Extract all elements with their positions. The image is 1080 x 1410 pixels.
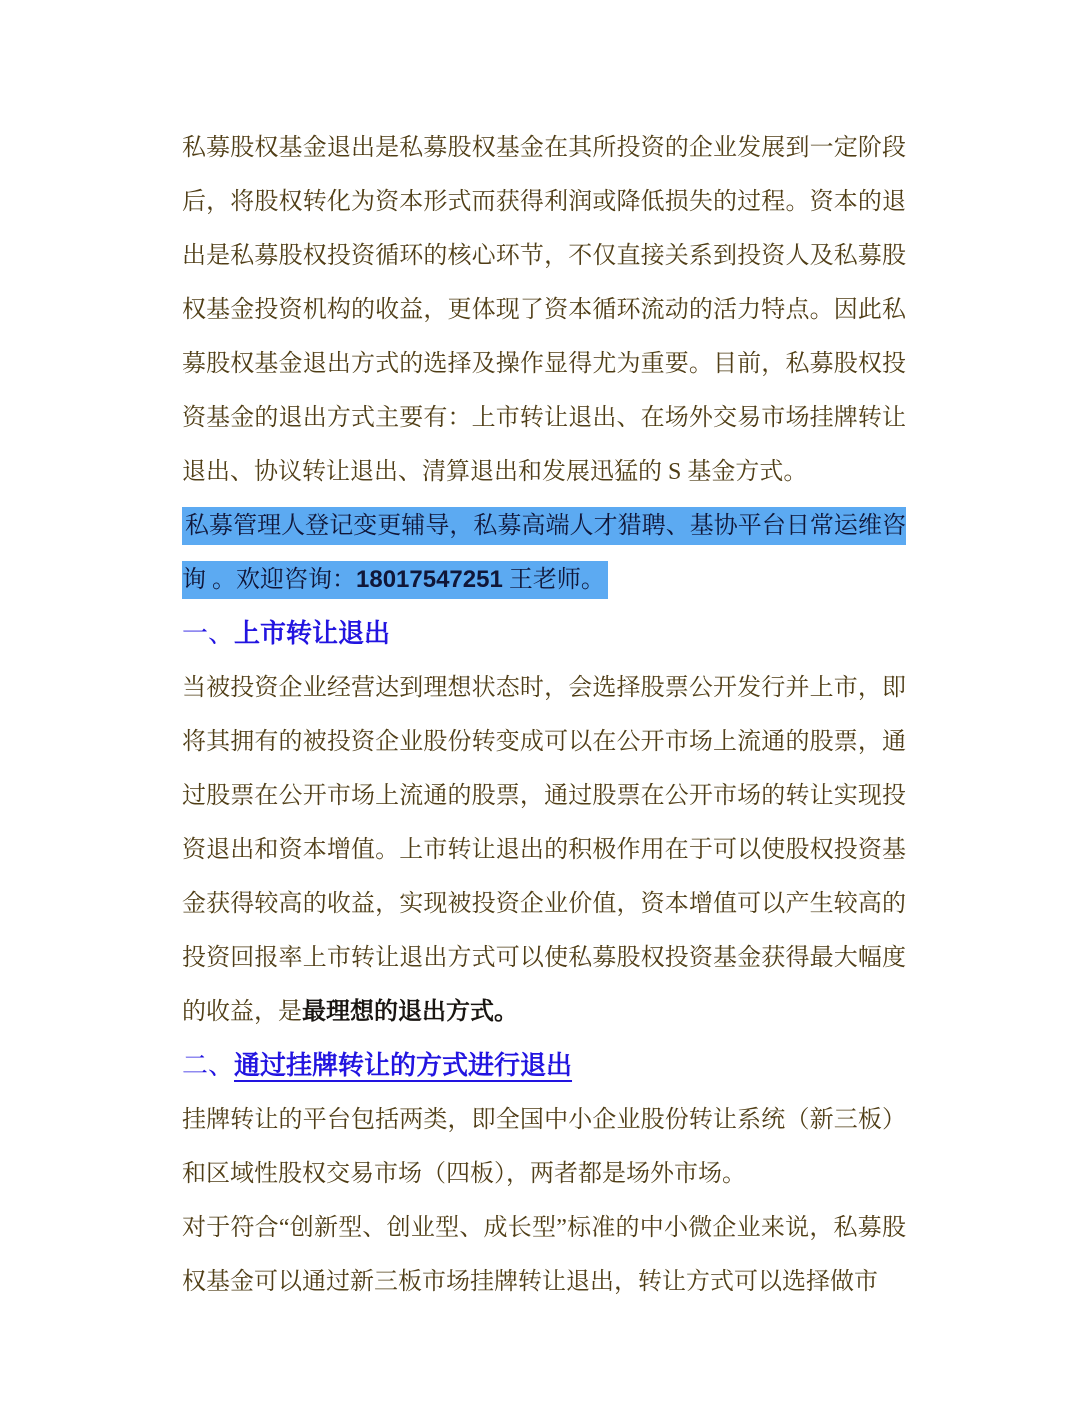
section1-paragraph: 当被投资企业经营达到理想状态时，会选择股票公开发行并上市，即将其拥有的被投资企业…: [182, 661, 906, 1039]
section2-paragraph2: 对于符合“创新型、创业型、成长型”标准的中小微企业来说，私募股权基金可以通过新三…: [182, 1201, 906, 1309]
phone-number: 18017547251: [356, 566, 503, 593]
promo-paragraph: 私募管理人登记变更辅导，私募高端人才猎聘、基协平台日常运维咨询 。欢迎咨询：18…: [182, 499, 906, 607]
intro-paragraph: 私募股权基金退出是私募股权基金在其所投资的企业发展到一定阶段后，将股权转化为资本…: [182, 121, 906, 499]
section2-paragraph1: 挂牌转让的平台包括两类，即全国中小企业股份转让系统（新三板）和区域性股权交易市场…: [182, 1093, 906, 1201]
promo-highlight: 私募管理人登记变更辅导，私募高端人才猎聘、基协平台日常运维咨询 。欢迎咨询：18…: [182, 507, 906, 599]
section2-heading-title: 通过挂牌转让的方式进行退出: [234, 1051, 572, 1080]
section1-heading: 一、上市转让退出: [182, 607, 906, 661]
promo-contact-name: 王老师。: [503, 567, 605, 593]
section1-heading-title: 上市转让退出: [234, 619, 390, 648]
section2-heading-number: 二、: [182, 1051, 234, 1080]
section1-bold-phrase: 最理想的退出方式。: [302, 999, 518, 1025]
document-page: 私募股权基金退出是私募股权基金在其所投资的企业发展到一定阶段后，将股权转化为资本…: [0, 0, 1080, 1410]
section2-heading: 二、通过挂牌转让的方式进行退出: [182, 1039, 906, 1093]
section1-body-text: 当被投资企业经营达到理想状态时，会选择股票公开发行并上市，即将其拥有的被投资企业…: [182, 675, 906, 1025]
section1-heading-number: 一、: [182, 619, 234, 648]
